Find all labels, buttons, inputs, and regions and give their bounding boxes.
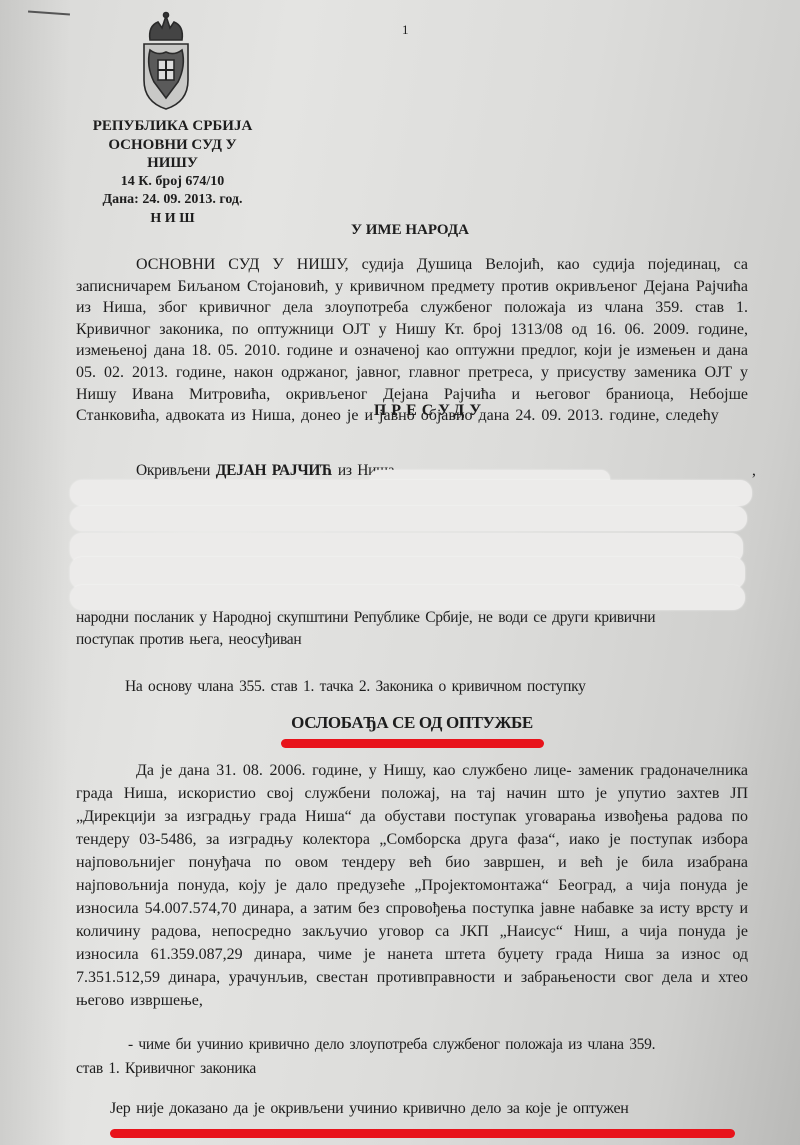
case-number: 14 К. број 674/10 xyxy=(70,173,275,192)
court-header: РЕПУБЛИКА СРБИЈА ОСНОВНИ СУД У НИШУ 14 К… xyxy=(70,117,275,228)
red-highlight-underline xyxy=(281,739,544,748)
offense-paragraph: - чиме би учинио кривично дело злоупотре… xyxy=(76,1033,748,1081)
legal-basis: На основу члана 355. став 1. тачка 2. За… xyxy=(125,676,745,698)
scanned-court-verdict-page: 1 РЕПУБЛИКА СРБИЈА ОСНОВНИ СУД У НИШУ 14… xyxy=(0,0,800,1145)
header-date: Дана: 24. 09. 2013. год. xyxy=(70,191,275,210)
red-highlight-underline xyxy=(110,1129,735,1138)
intro-paragraph: ОСНОВНИ СУД У НИШУ, судија Душица Велоји… xyxy=(76,254,748,427)
defendant-line: поступак против њега, неосуђиван xyxy=(76,629,748,651)
intro-line: ОСНОВНИ СУД У НИШУ, судија Душица Велоји… xyxy=(136,256,748,273)
redaction-bar xyxy=(70,480,752,506)
verdict-title: ПРЕСУДУ xyxy=(330,402,530,420)
offense-line: - чиме би учинио кривично дело злоупотре… xyxy=(76,1033,748,1057)
defendant-continuation: народни посланик у Народној скупштини Ре… xyxy=(76,607,748,650)
acquittal-heading: ОСЛОБАЂА СЕ ОД ОПТУЖБЕ xyxy=(277,713,547,733)
serbian-coat-of-arms-icon xyxy=(136,10,196,112)
header-country: РЕПУБЛИКА СРБИЈА xyxy=(70,117,275,136)
header-court: ОСНОВНИ СУД У xyxy=(70,136,275,155)
page-number: 1 xyxy=(402,22,409,38)
header-court-city: НИШУ xyxy=(70,154,275,173)
facts-paragraph: Да је дана 31. 08. 2006. године, у Нишу,… xyxy=(76,759,748,1012)
document-title: У ИМЕ НАРОДА xyxy=(330,222,490,239)
defendant-line: народни посланик у Народној скупштини Ре… xyxy=(76,607,748,629)
offense-line: став 1. Кривичног законика xyxy=(76,1057,748,1081)
intro-line: записничарем Биљаном Стојановић, у криви… xyxy=(76,278,689,295)
acquittal-reason: Јер није доказано да је окривљени учинио… xyxy=(110,1098,750,1120)
redaction-bar xyxy=(70,506,747,531)
paper-fold-shadow xyxy=(0,0,70,1145)
facts-line: Да је дана 31. 08. 2006. године, у Нишу,… xyxy=(136,762,634,779)
defendant-name: ДЕЈАН РАЈЧИЋ xyxy=(216,462,333,479)
header-city: Н И Ш xyxy=(70,210,275,229)
defendant-prefix: Окривљени xyxy=(136,462,210,479)
